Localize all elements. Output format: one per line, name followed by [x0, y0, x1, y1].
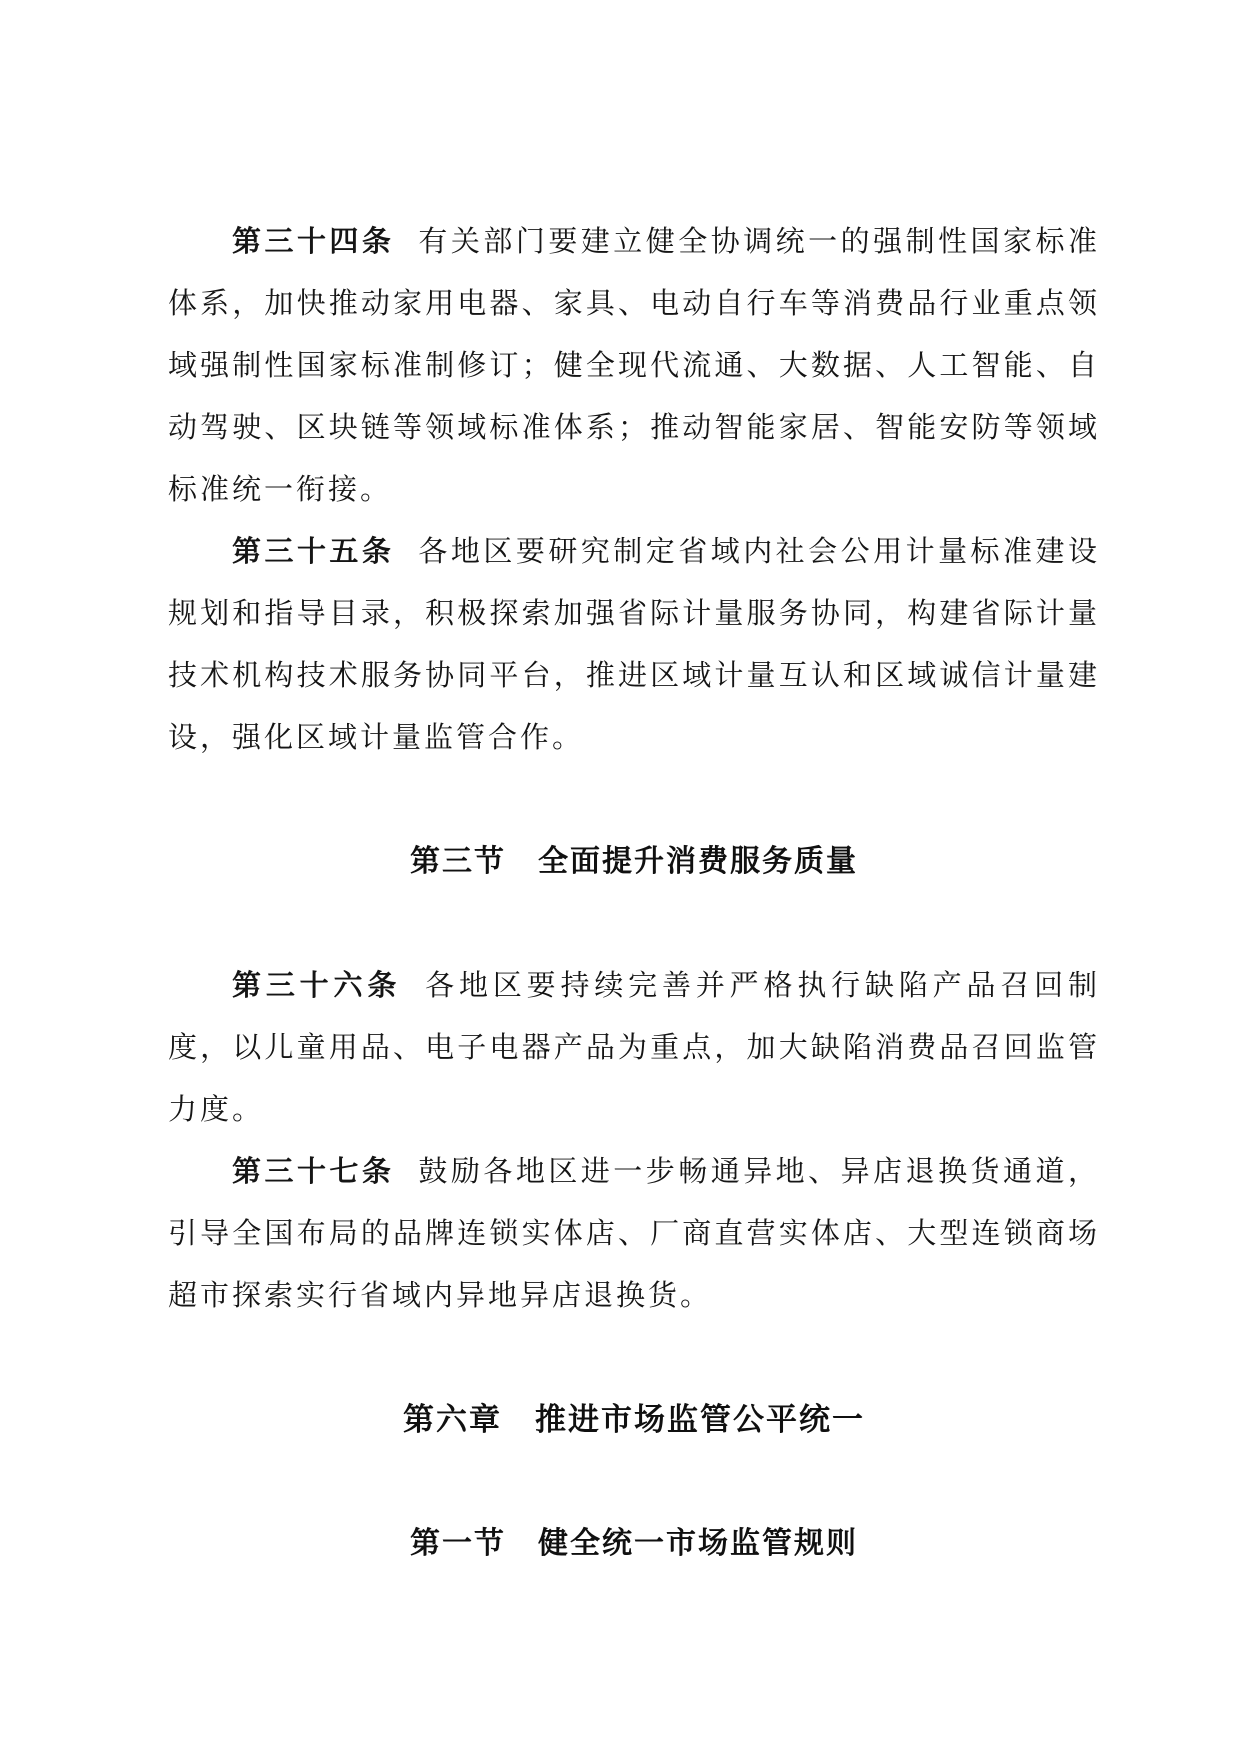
article-35-number: 第三十五条 — [232, 536, 394, 568]
section-1-heading: 第一节 健全统一市场监管规则 — [168, 1513, 1100, 1575]
section-3-heading: 第三节 全面提升消费服务质量 — [168, 831, 1100, 893]
article-36-number: 第三十六条 — [232, 970, 401, 1002]
article-34-paragraph: 第三十四条有关部门要建立健全协调统一的强制性国家标准体系，加快推动家用电器、家具… — [168, 211, 1100, 521]
article-34-text: 有关部门要建立健全协调统一的强制性国家标准体系，加快推动家用电器、家具、电动自行… — [168, 226, 1100, 506]
chapter-6-heading: 第六章 推进市场监管公平统一 — [168, 1389, 1100, 1451]
document-content: 第三十四条有关部门要建立健全协调统一的强制性国家标准体系，加快推动家用电器、家具… — [168, 0, 1100, 1575]
article-34-number: 第三十四条 — [232, 226, 394, 258]
article-35-text: 各地区要研究制定省域内社会公用计量标准建设规划和指导目录，积极探索加强省际计量服… — [168, 536, 1100, 754]
article-35-paragraph: 第三十五条各地区要研究制定省域内社会公用计量标准建设规划和指导目录，积极探索加强… — [168, 521, 1100, 769]
article-37-number: 第三十七条 — [232, 1156, 394, 1188]
article-36-paragraph: 第三十六条各地区要持续完善并严格执行缺陷产品召回制度，以儿童用品、电子电器产品为… — [168, 955, 1100, 1141]
article-37-paragraph: 第三十七条鼓励各地区进一步畅通异地、异店退换货通道，引导全国布局的品牌连锁实体店… — [168, 1141, 1100, 1327]
document-page: 第三十四条有关部门要建立健全协调统一的强制性国家标准体系，加快推动家用电器、家具… — [0, 0, 1240, 1753]
